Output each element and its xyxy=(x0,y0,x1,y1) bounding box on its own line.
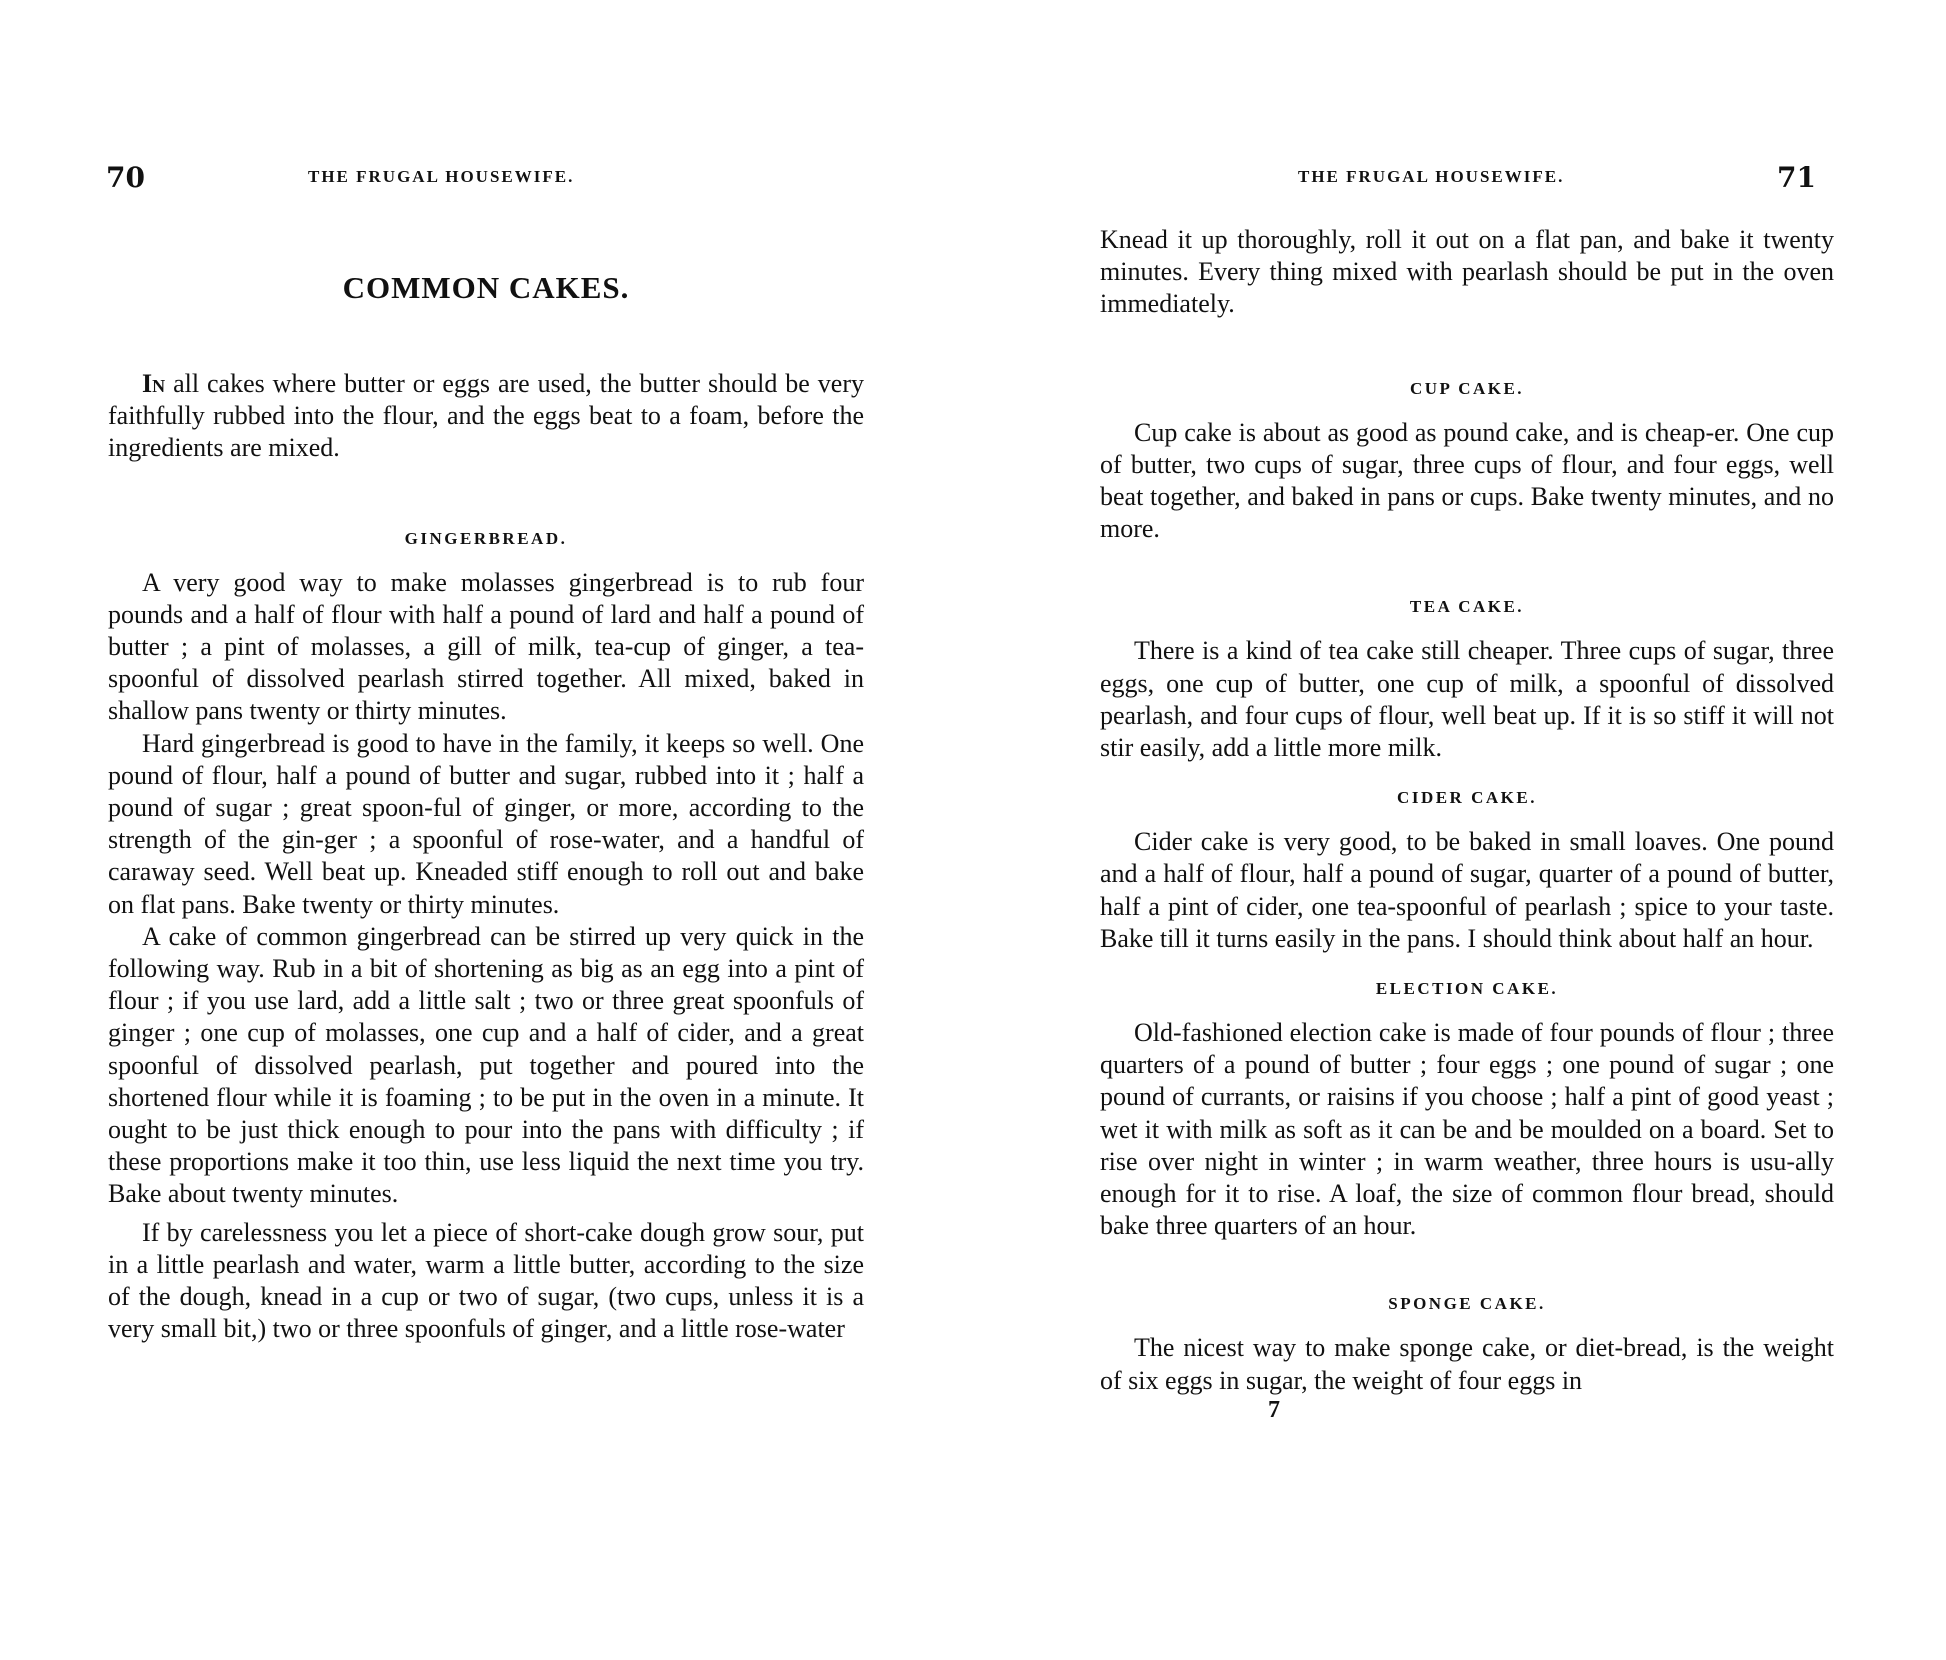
section-heading-sponge-cake: SPONGE CAKE. xyxy=(1100,1294,1834,1314)
running-title: THE FRUGAL HOUSEWIFE. xyxy=(308,167,574,187)
right-page-body: Knead it up thoroughly, roll it out on a… xyxy=(1100,224,1834,1424)
intro-text: all cakes where butter or eggs are used,… xyxy=(108,369,864,462)
paragraph-election-cake: Old-fashioned election cake is made of f… xyxy=(1100,1017,1834,1242)
continuation-paragraph: Knead it up thoroughly, roll it out on a… xyxy=(1100,224,1834,321)
chapter-title: COMMON CAKES. xyxy=(108,270,864,306)
section-heading-cup-cake: CUP CAKE. xyxy=(1100,379,1834,399)
running-head-right: THE FRUGAL HOUSEWIFE. 71 xyxy=(1100,165,1834,197)
intro-paragraph: In all cakes where butter or eggs are us… xyxy=(108,368,864,465)
section-heading-election-cake: ELECTION CAKE. xyxy=(1100,979,1834,999)
left-page-body: COMMON CAKES. In all cakes where butter … xyxy=(108,270,864,1345)
paragraph-sponge-cake: The nicest way to make sponge cake, or d… xyxy=(1100,1332,1834,1396)
paragraph-gingerbread-3: A cake of common gingerbread can be stir… xyxy=(108,921,864,1211)
paragraph-cup-cake: Cup cake is about as good as pound cake,… xyxy=(1100,417,1834,546)
paragraph-cider-cake: Cider cake is very good, to be baked in … xyxy=(1100,826,1834,955)
paragraph-tea-cake: There is a kind of tea cake still cheape… xyxy=(1100,635,1834,764)
running-head-left: 70 THE FRUGAL HOUSEWIFE. xyxy=(108,165,864,197)
paragraph-gingerbread-1: A very good way to make molasses gingerb… xyxy=(108,567,864,728)
section-heading-tea-cake: TEA CAKE. xyxy=(1100,597,1834,617)
intro-dropcap: In xyxy=(142,369,165,398)
signature-mark: 7 xyxy=(1268,1397,1946,1424)
page-number: 70 xyxy=(106,161,145,194)
section-heading-gingerbread: GINGERBREAD. xyxy=(108,529,864,549)
right-page: THE FRUGAL HOUSEWIFE. 71 Knead it up tho… xyxy=(1100,0,1834,1660)
running-title: THE FRUGAL HOUSEWIFE. xyxy=(1298,167,1564,187)
left-page: 70 THE FRUGAL HOUSEWIFE. COMMON CAKES. I… xyxy=(108,0,864,1660)
paragraph-gingerbread-2: Hard gingerbread is good to have in the … xyxy=(108,728,864,921)
paragraph-gingerbread-4: If by carelessness you let a piece of sh… xyxy=(108,1217,864,1346)
section-heading-cider-cake: CIDER CAKE. xyxy=(1100,788,1834,808)
page-number: 71 xyxy=(1777,161,1816,194)
